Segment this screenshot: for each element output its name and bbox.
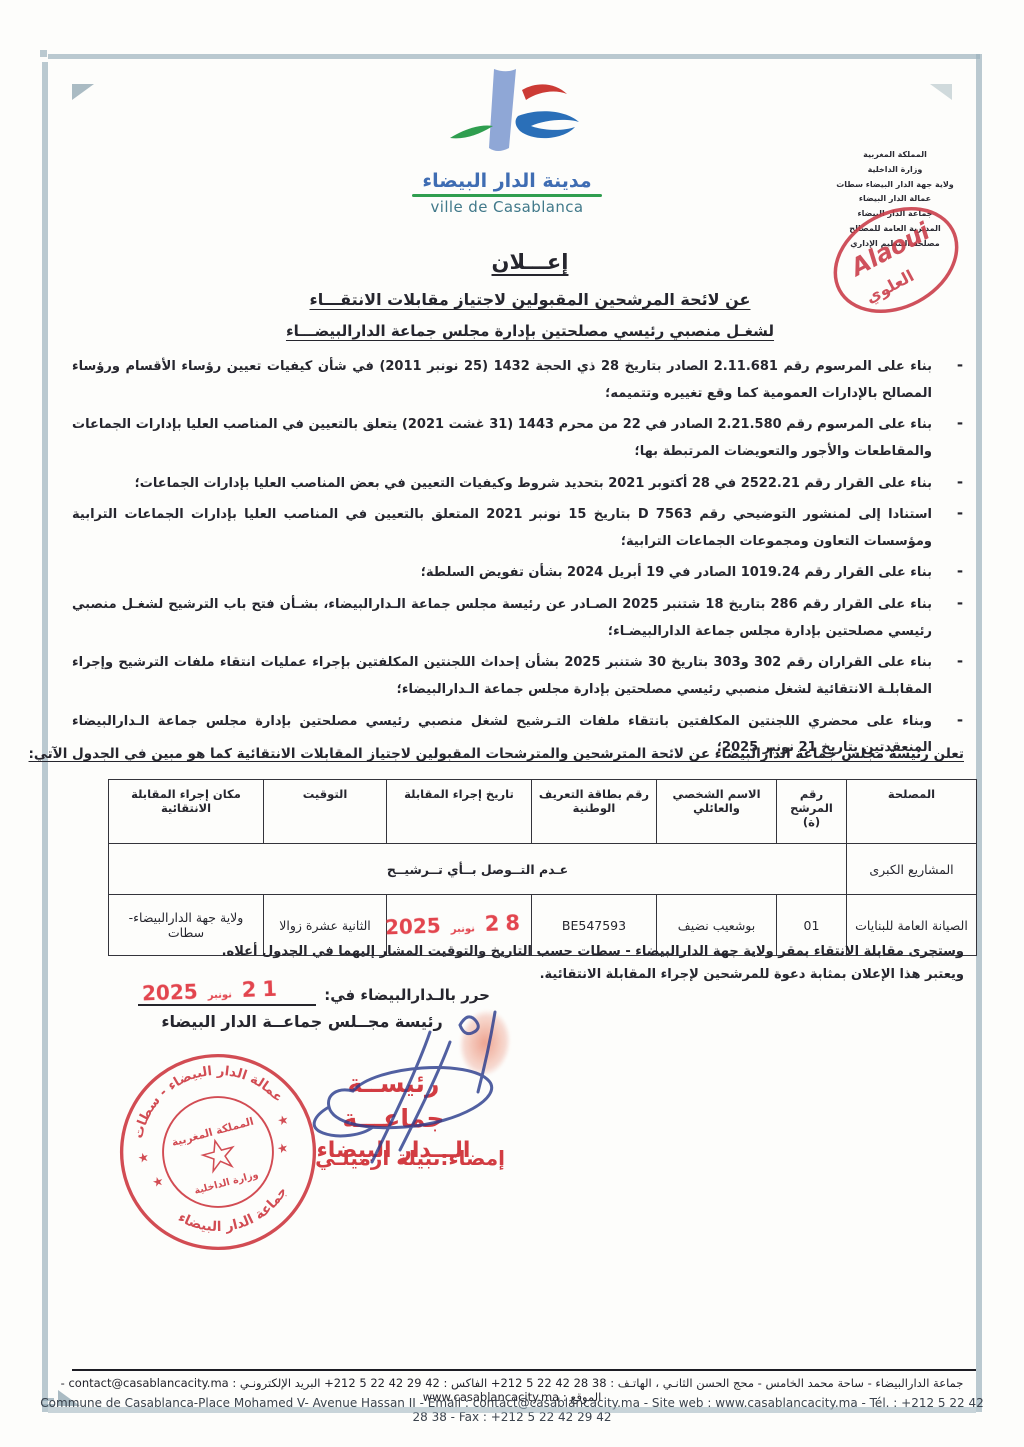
- stamp-center-ministry-text: وزارة الداخلية: [193, 1169, 259, 1197]
- admin-line-kingdom: المملكة المغربية: [830, 148, 960, 163]
- table-row-no-candidacy: المشاريع الكبرى عـدم التــوصل بــأي تــر…: [109, 844, 977, 895]
- cell-note-no-candidacy: عـدم التــوصل بــأي تــرشيــح: [109, 844, 847, 895]
- stamp-month: نونبر: [451, 923, 475, 935]
- bullet-dash: -: [954, 471, 966, 498]
- legal-basis-text: بناء على المرسوم رقم 2.11.681 الصادر بتا…: [72, 354, 932, 407]
- stamp-center-kingdom-text: المملكة المغربية: [170, 1116, 255, 1149]
- col-interview-date: تاريخ إجراء المقابلة: [387, 780, 532, 844]
- logo-name-arabic: مدينة الدار البيضاء: [367, 170, 647, 192]
- legal-basis-item: - بناء على المرسوم رقم 2.21.580 الصادر ف…: [72, 412, 966, 465]
- logo-green-rule: [412, 194, 602, 197]
- announcement-statement: تعلن رئيسة مجلس جماعة الدارالبيضاء عن لا…: [108, 746, 964, 762]
- casablanca-city-logo: مدينة الدار البيضاء ville de Casablanca: [367, 66, 647, 216]
- signature-scribble-icon: [255, 995, 525, 1205]
- legal-basis-text: بناء على القرار رقم 286 بتاريخ 18 شتنبر …: [72, 592, 932, 645]
- page-frame-top: [48, 54, 980, 59]
- candidates-table: المصلحة رقم المرشح (ة) الاسم الشخصي والع…: [108, 779, 977, 956]
- admin-line-ministry: وزارة الداخلية: [830, 163, 960, 178]
- footer-rule: [72, 1369, 976, 1371]
- announcement-subtitle-2: لشغـل منصبي رئيسي مصلحتين بإدارة مجلس جم…: [100, 322, 960, 340]
- casablanca-logo-icon: [420, 66, 595, 166]
- bullet-dash: -: [954, 560, 966, 587]
- date-stamp-28-nov-2025: 2025 نونبر 28: [385, 911, 527, 940]
- logo-name-french: ville de Casablanca: [367, 198, 647, 216]
- corner-triangle-top-right: [930, 84, 952, 100]
- col-service: المصلحة: [847, 780, 977, 844]
- stamp-year: 2025: [142, 980, 198, 1006]
- stamp-day: 28: [484, 911, 526, 936]
- legal-basis-text: بناء على القرار رقم 2522.21 في 28 أكتوبر…: [72, 471, 932, 498]
- page-frame-bottom: [48, 1407, 976, 1413]
- stamp-star-icon: ★: [136, 1149, 151, 1166]
- col-candidate-number: رقم المرشح (ة): [777, 780, 847, 844]
- frame-corner-square: [40, 50, 47, 57]
- cell-service-major-projects: المشاريع الكبرى: [847, 844, 977, 895]
- page-frame-left: [42, 62, 48, 1412]
- col-full-name: الاسم الشخصي والعائلي: [657, 780, 777, 844]
- bullet-dash: -: [954, 592, 966, 645]
- legal-basis-text: استنادا إلى لمنشور التوضيحي رقم D 7563 ب…: [72, 502, 932, 555]
- legal-basis-item: - بناء على القراران رقم 302 و303 بتاريخ …: [72, 650, 966, 703]
- legal-basis-item: - بناء على القرار رقم 2522.21 في 28 أكتو…: [72, 471, 966, 498]
- admin-line-wilaya: ولاية جهة الدار البيضاء سطات: [830, 178, 960, 193]
- col-interview-place: مكان إجراء المقابلة الانتقائية: [109, 780, 264, 844]
- legal-basis-text: بناء على القراران رقم 302 و303 بتاريخ 30…: [72, 650, 932, 703]
- legal-basis-list: - بناء على المرسوم رقم 2.11.681 الصادر ب…: [72, 354, 966, 767]
- legal-basis-text: بناء على القرار رقم 1019.24 الصادر في 19…: [72, 560, 932, 587]
- bullet-dash: -: [954, 354, 966, 407]
- bullet-dash: -: [954, 502, 966, 555]
- alaoui-stamp-latin-text: Alaoui: [845, 217, 935, 283]
- legal-basis-item: - بناء على القرار رقم 1019.24 الصادر في …: [72, 560, 966, 587]
- closing-paragraph-location: وستجرى مقابلة الانتقاء بمقر ولاية جهة ال…: [108, 941, 964, 963]
- stamp-star-icon: ★: [151, 1173, 166, 1190]
- page-frame-right: [976, 54, 982, 1412]
- bullet-dash: -: [954, 412, 966, 465]
- col-cin: رقم بطاقة التعريف الوطنية: [532, 780, 657, 844]
- legal-basis-item: - بناء على المرسوم رقم 2.11.681 الصادر ب…: [72, 354, 966, 407]
- bullet-dash: -: [954, 650, 966, 703]
- legal-basis-item: - بناء على القرار رقم 286 بتاريخ 18 شتنب…: [72, 592, 966, 645]
- corner-triangle-top-left: [72, 84, 94, 100]
- stamp-year: 2025: [385, 914, 441, 940]
- stamp-pentagram-icon: [200, 1137, 237, 1173]
- alaoui-stamp-icon: Alaoui العلوي: [818, 198, 974, 322]
- stamp-month: نونبر: [208, 989, 232, 1001]
- legal-basis-item: - استنادا إلى لمنشور التوضيحي رقم D 7563…: [72, 502, 966, 555]
- legal-basis-text: بناء على المرسوم رقم 2.21.580 الصادر في …: [72, 412, 932, 465]
- col-time: التوقيت: [264, 780, 387, 844]
- scanned-announcement-document: المملكة المغربية وزارة الداخلية ولاية جه…: [0, 0, 1024, 1447]
- table-header-row: المصلحة رقم المرشح (ة) الاسم الشخصي والع…: [109, 780, 977, 844]
